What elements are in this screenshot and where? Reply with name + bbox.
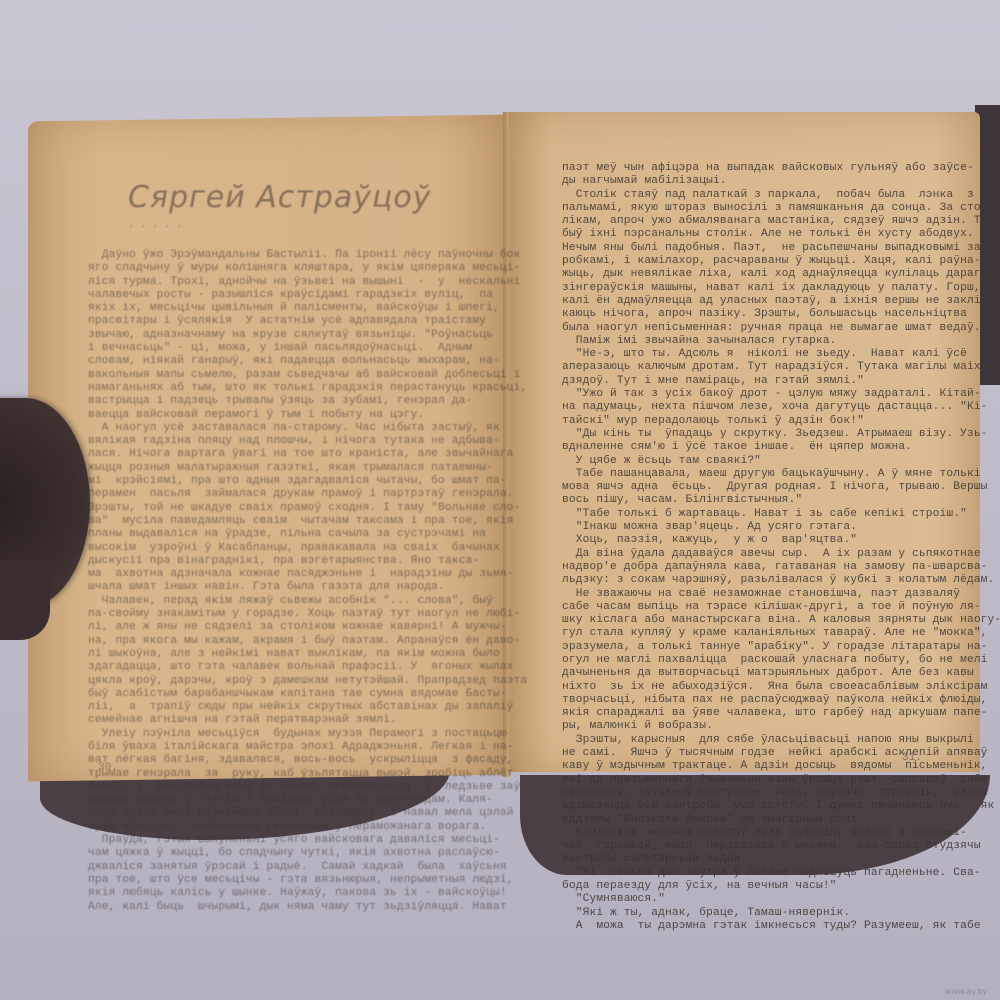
text-line: Але, калі быць шчырымі, дык няма чаму ту…: [88, 901, 527, 914]
text-line: дачыненьня да вытворчасьці матэрыяльных …: [562, 667, 1000, 680]
page-number-left: 30.: [98, 762, 118, 774]
text-line: высокім узроўні ў Касабланцы, правакавал…: [88, 542, 527, 555]
text-line: яго спадчыну ў муры колішняга кляштара, …: [88, 262, 527, 275]
text-line: творчасьці, нібыта пах не распаўсюджваў …: [562, 694, 1000, 707]
left-page-text: Даўно ўжо Эрэўмандальны Бастыліі. Па іро…: [88, 249, 527, 914]
text-line: селязёнку, заўважыў наступнае: кава, поў…: [562, 787, 1000, 800]
text-line: ры, малюнкі й вобразы.: [562, 720, 1000, 733]
text-line: льдзку: з сокам чарэшняў, разьлівалася ў…: [562, 574, 1000, 587]
text-line: жыць, дык невялікае ліха, калі ход аднаў…: [562, 268, 1000, 281]
text-line: "Які ж ты, аднак, браце, Тамаш-нявернік.: [562, 907, 1000, 920]
text-line: У цябе ж ёсьць там сваякі?": [562, 455, 1000, 468]
text-line: трымае генэрала за руку, каб ўзьлятацца …: [88, 768, 527, 781]
text-line: ды нагчымай мабілізацыі.: [562, 175, 1000, 188]
text-line: лікам, апроч ужо абмаляванага мастаніка,…: [562, 215, 1000, 228]
text-line: Камілахор эмрочна смактаў праз саломіну …: [562, 827, 1000, 840]
text-line: "Не-э, што ты. Адсюль я ніколі не зьеду.…: [562, 348, 1000, 361]
text-line: ва" мусіла паведамляць сваім чытачам так…: [88, 515, 527, 528]
text-line: семейнае агнішча на гэтай ператварэнай з…: [88, 714, 527, 727]
text-line: Табе пашанцавала, маеш другую бацькаўшчы…: [562, 468, 1000, 481]
text-line: чалавечых росты - разышліся краўсідамі г…: [88, 289, 527, 302]
text-line: Столік стаяў пад палаткай з паркала, поб…: [562, 189, 1000, 202]
text-line: "Табе толькі б жартаваць. Нават і зь саб…: [562, 508, 1000, 521]
text-line: шку кіслага або манастырскага віна. А ка…: [562, 614, 1000, 627]
text-line: важнае бровэі ў гэткім і зьнікаць усім з…: [88, 794, 527, 807]
text-line: цякла кроў, дарэчы, кроў з дамешкам нету…: [88, 675, 527, 688]
text-line: якіх іх, месьцічы цывільныя й палісменты…: [88, 302, 527, 315]
text-line: дзядоў. Тут і мне паміраць, на гэтай зям…: [562, 375, 1000, 388]
text-line: аддзелы "Вялікага Войска" на змагарным п…: [562, 814, 1000, 827]
text-line: огул не маглі пахваліцца раскошай уласна…: [562, 654, 1000, 667]
text-line: якія спараджалі ва ўяве чалавека, што га…: [562, 707, 1000, 720]
text-line: паваду і, абвіваючы вежы да шчыты, пераг…: [88, 781, 527, 794]
text-line: аперазаюць калючым дротам. Тут нарадзіўс…: [562, 361, 1000, 374]
text-line: "Ужо й так з усіх бакоў дрот - цэлую мяж…: [562, 388, 1000, 401]
author-title: Сяргей Астраўцоў: [128, 180, 432, 215]
text-line: лі шыкоўна, але з нейкімі нават выклікам…: [88, 648, 527, 661]
text-line: калі ён адмаўляецца ад уласных паэтаў, а…: [562, 295, 1000, 308]
text-line: тайскі" мур перадолаюць толькі ў адзін б…: [562, 415, 1000, 428]
text-line: ліся турма. Трохі, аднойчы на ўзьвеі на …: [88, 276, 527, 289]
text-line: Хоць, паэзія, кажуць, у ж о вар'яцтва.": [562, 534, 1000, 547]
text-line: жыцця розныя малатыражныя газэткі, якая …: [88, 462, 527, 475]
text-line: мова яшчэ адна ёсьць. Другая родная. І н…: [562, 481, 1000, 494]
text-line: "Ні сёньня дык заўтра ў Лазане падпішуць…: [562, 867, 1000, 880]
text-line: паэт меў чын афіцэра на выпадак вайсковы…: [562, 162, 1000, 175]
watermark: www.ay.by: [945, 987, 987, 996]
text-line: "Сумняваюся.": [562, 893, 1000, 906]
text-line: біля ўваха італійскага майстра эпохі Адр…: [88, 741, 527, 754]
text-line: гул стала купляў у краме каланіяльных та…: [562, 627, 1000, 640]
text-line: вакольныя мапы сьмелю, разам сьведчачы а…: [88, 369, 527, 382]
text-line: на падумаць, нехта пішчом лезе, хоча даг…: [562, 401, 1000, 414]
text-line: звычаю, адназначнаму на крузе сялкутаў в…: [88, 329, 527, 342]
text-line: ма ахвотна адзначала кожнае пасяджэньне …: [88, 568, 527, 581]
text-line: пра тое, што ўсе месьцічы - гэта вязьнюр…: [88, 874, 527, 887]
text-line: эразумела, а толькі таннуе "арабіку". У …: [562, 641, 1000, 654]
text-line: ніця музэя была раўнейшая зброі, штандар…: [88, 807, 527, 820]
text-line: чай гарэлкай, якая перавазала ў шкляны, …: [562, 840, 1000, 853]
text-line: бода пераезду для ўсіх, на вечныя часы!": [562, 880, 1000, 893]
text-line: вантробы сэльтарскай вадой.: [562, 853, 1000, 866]
page-number-right: 31.: [902, 752, 922, 764]
lens-body: [0, 560, 50, 640]
text-line: Зрэшты, карысныя для сябе ўласьцівасьці …: [562, 734, 1000, 747]
text-line: на, пра якога мы кажам, акрамя і быў паэ…: [88, 635, 527, 648]
text-line: "Інакш можна звар'яцець. Ад усяго гэтага…: [562, 521, 1000, 534]
text-line: А наогул усё заставалася па-старому. Час…: [88, 422, 527, 435]
text-line: пальмамі, якую штораз выносілі з памяшка…: [562, 202, 1000, 215]
text-line: намаганьнях аб тым, што як толькі гарадз…: [88, 382, 527, 395]
text-line: Паміж імі звычайна зачыналася гутарка.: [562, 335, 1000, 348]
text-line: "Ды кінь ты ўпадаць у скрутку. Зьедзеш. …: [562, 428, 1000, 441]
text-line: быў асабістым барабаншчыкам капітана тае…: [88, 688, 527, 701]
text-line: па-свойму знакамітым у горадзе. Хоць паэ…: [88, 608, 527, 621]
photo-scene: Сяргей Астраўцоў · · · · · Даўно ўжо Эрэ…: [0, 0, 1000, 1000]
text-line: які ад празьмернага ўжываньня кавы ўрэшц…: [562, 774, 1000, 787]
text-line: ваецца вайсковай перамогі ў тым і побыту…: [88, 409, 527, 422]
text-line: вось пішу, часам. Білінгвістычныя.": [562, 494, 1000, 507]
text-line: каву ў мэдычным трактаце. А адзін досыць…: [562, 760, 1000, 773]
text-line: і вечнасьць" - ці, можа, у іншай пасьляд…: [88, 342, 527, 355]
text-line: арфы армііраў, захопленых генэралам у пе…: [88, 821, 527, 834]
text-line: здагадацца, што гэта чалавек вольнай пра…: [88, 661, 527, 674]
text-line: шчала шмат іншых навін. Гэта была газэта…: [88, 581, 527, 594]
text-line: прасвітары і ўсялякія У астатнім усё адп…: [88, 315, 527, 328]
text-line: словам, ніякай ганарыў, які падаецца вол…: [88, 355, 527, 368]
text-line: А можа ты дарэмна гэтак імкнесься туды? …: [562, 920, 1000, 933]
text-line: перамен пасьля займалася друкам прамоў і…: [88, 488, 527, 501]
text-line: Даўно ўжо Эрэўмандальны Бастыліі. Па іро…: [88, 249, 527, 262]
text-line: ват лёгкая багіня, здавалася, вось-вось …: [88, 754, 527, 767]
text-line: вялікая гадзіна пляцу над плошчы, і нічо…: [88, 435, 527, 448]
text-line: ніхто зь іх не абыходзіўся. Яна была сво…: [562, 681, 1000, 694]
text-line: надвор'е добра дапаўняла кава, гатаваная…: [562, 561, 1000, 574]
text-line: каюць нічога, апроч пазіку. Зрэшты, боль…: [562, 308, 1000, 321]
text-line: вастрыцца і падзець трывалы ўзяць за зуб…: [88, 395, 527, 408]
text-line: не самі. Яшчэ ў тысячным годзе нейкі ара…: [562, 747, 1000, 760]
text-line: зінгераўскія машыны, нават калі іх дакла…: [562, 282, 1000, 295]
text-line: сабе часам выпіць на тэрасе кілішак-друг…: [562, 601, 1000, 614]
text-line: Улеіу пэўніла месьціўся будынак музэя Пе…: [88, 728, 527, 741]
text-line: якія любяць калісь у шынке. Наўжаў, пако…: [88, 887, 527, 900]
text-line: робкамі, і камілахор, расчараваны ў жыць…: [562, 255, 1000, 268]
text-line: лі, але ж яны не сядзелі за століком кож…: [88, 621, 527, 634]
text-line: быў іхні пэрсанальны столік. Але не толь…: [562, 228, 1000, 241]
text-line: Да віна ўдала дадаваўся авечы сыр. А іх …: [562, 548, 1000, 561]
text-line: Не зважаючы на сваё незаможнае становішч…: [562, 588, 1000, 601]
text-line: ліі, а трапіў сюды пры нейкіх скрутных а…: [88, 701, 527, 714]
text-line: чам цяжка ў жыцці, бо спадчыну чуткі, як…: [88, 847, 527, 860]
text-line: Праўда, гэтыя выяўленьні ўсяго вайсковаг…: [88, 834, 527, 847]
right-page-text: паэт меў чын афіцэра на выпадак вайсковы…: [562, 162, 1000, 933]
text-line: джваліся занятыя ўрэсай і радыё. Самай х…: [88, 861, 527, 874]
text-line: мі крэйсіямі, пра што адныя здагадваліся…: [88, 475, 527, 488]
text-line: Нечым яны былі падобныя. Паэт, не расьпе…: [562, 242, 1000, 255]
text-line: лася. Нічога вартага ўвагі на тое што кр…: [88, 448, 527, 461]
text-line: вдналенне сям'ю і ўсё такое іншае. ён ця…: [562, 441, 1000, 454]
text-line: дыскусіі пра вінаграднікі, пра вэгетарыя…: [88, 555, 527, 568]
text-line: была наогул непісьменная: ручная праца н…: [562, 322, 1000, 335]
text-line: Чалавек, перад якім ляжаў сьвежы асобнік…: [88, 595, 527, 608]
chapter-subtitle: · · · · ·: [128, 222, 182, 233]
text-line: адзываецца ўсё вантробы, усю істоту. І д…: [562, 800, 1000, 813]
text-line: Зрэшты, той не шкадуе сваіх прамоў сходн…: [88, 502, 527, 515]
text-line: планы выдаваліся на ўрадзе, пільна сачыл…: [88, 528, 527, 541]
